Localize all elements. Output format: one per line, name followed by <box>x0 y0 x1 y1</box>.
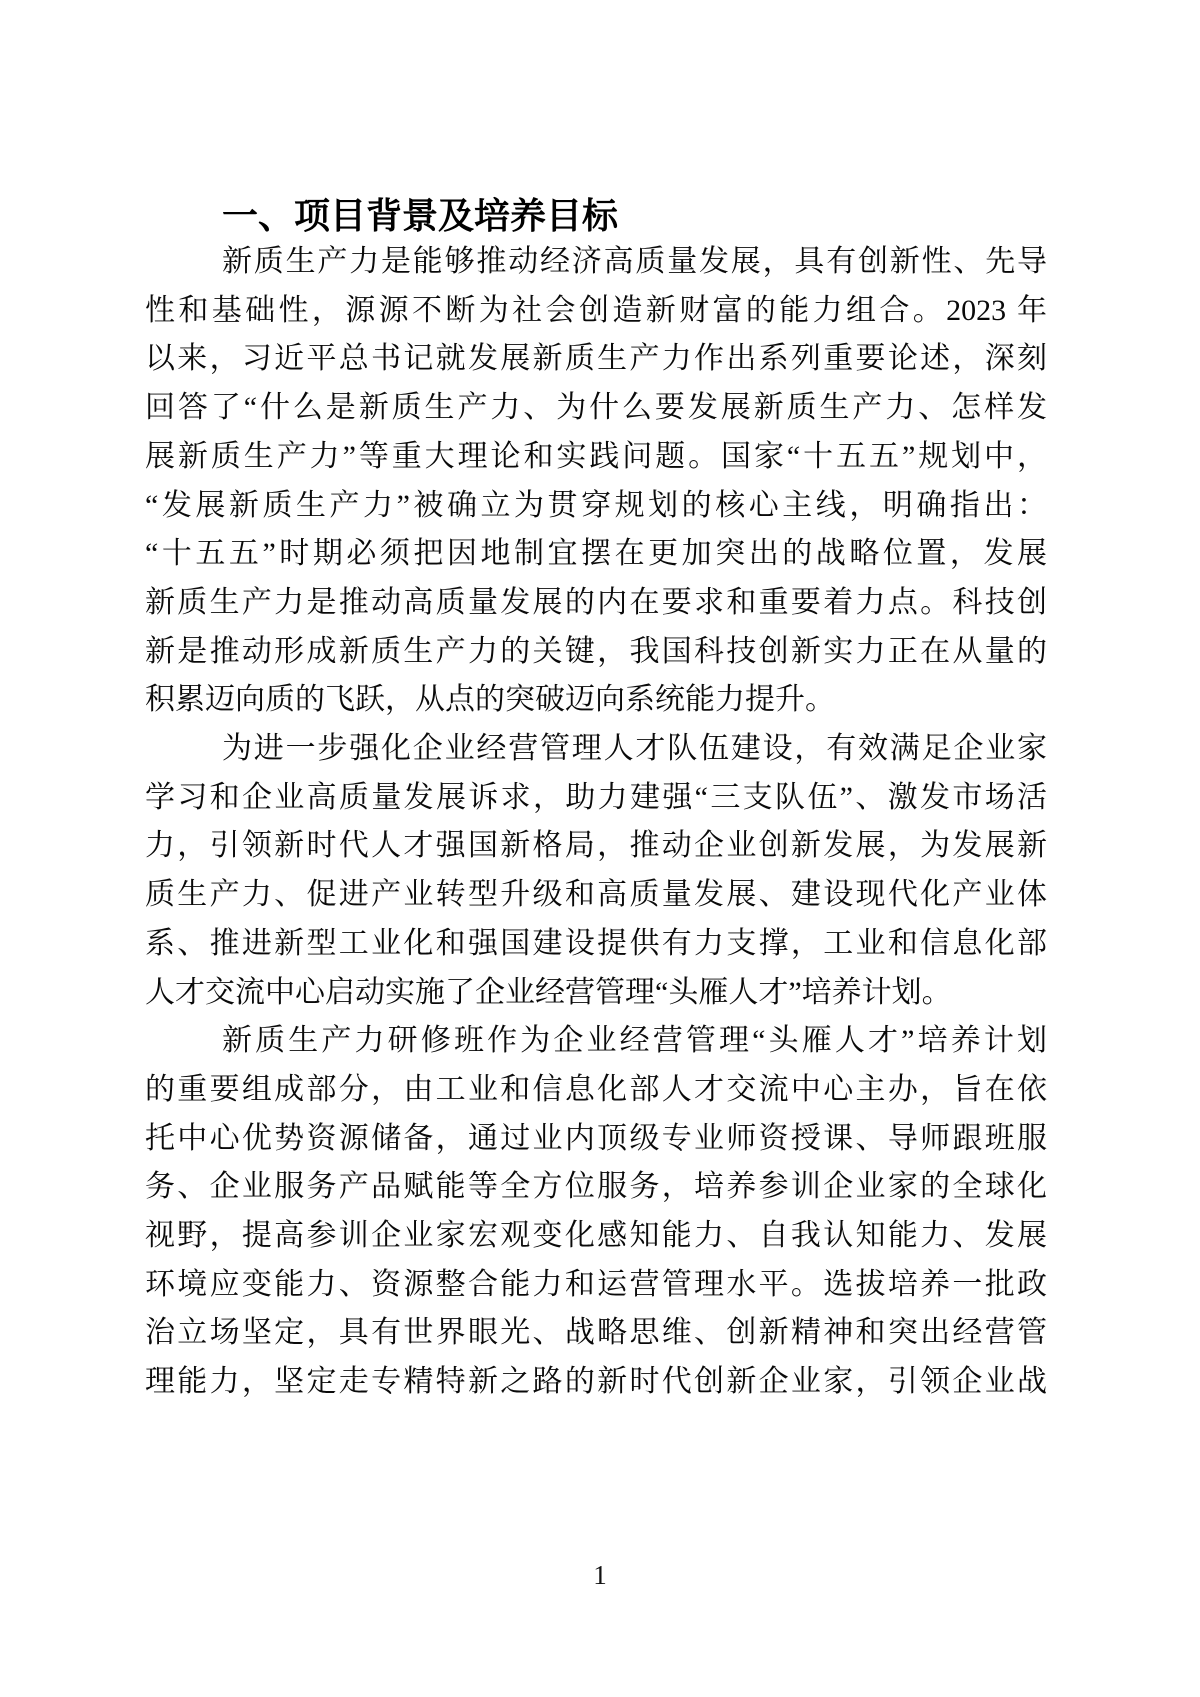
paragraph-project-background: 新质生产力是能够推动经济高质量发展，具有创新性、先导性和基础性，源源不断为社会创… <box>145 238 1047 725</box>
text-line: 系、推进新型工业化和强国建设提供有力支撑，工业和信息化部 <box>145 920 1047 969</box>
text-line: 治立场坚定，具有世界眼光、战略思维、创新精神和突出经营管 <box>145 1309 1047 1358</box>
text-line: 质生产力、促进产业转型升级和高质量发展、建设现代化产业体 <box>145 871 1047 920</box>
text-line: 学习和企业高质量发展诉求，助力建强“三支队伍”、激发市场活 <box>145 774 1047 823</box>
text-line: “发展新质生产力”被确立为贯穿规划的核心主线，明确指出： <box>145 482 1047 531</box>
text-line: 的重要组成部分，由工业和信息化部人才交流中心主办，旨在依 <box>145 1066 1047 1115</box>
page-number: 1 <box>0 1558 1200 1592</box>
text-line: 以来，习近平总书记就发展新质生产力作出系列重要论述，深刻 <box>145 335 1047 384</box>
text-line: 力，引领新时代人才强国新格局，推动企业创新发展，为发展新 <box>145 822 1047 871</box>
paragraph-talent-plan: 为进一步强化企业经营管理人才队伍建设，有效满足企业家学习和企业高质量发展诉求，助… <box>145 725 1047 1017</box>
text-line: 回答了“什么是新质生产力、为什么要发展新质生产力、怎样发 <box>145 384 1047 433</box>
text-line: 新是推动形成新质生产力的关键，我国科技创新实力正在从量的 <box>145 628 1047 677</box>
section-heading: 一、项目背景及培养目标 <box>145 194 1047 238</box>
text-line: 新质生产力研修班作为企业经营管理“头雁人才”培养计划 <box>145 1017 1047 1066</box>
text-line: 新质生产力是能够推动经济高质量发展，具有创新性、先导 <box>145 238 1047 287</box>
text-line: 性和基础性，源源不断为社会创造新财富的能力组合。2023 年 <box>145 287 1047 336</box>
document-page: 一、项目背景及培养目标 新质生产力是能够推动经济高质量发展，具有创新性、先导性和… <box>0 0 1200 1697</box>
text-line: 托中心优势资源储备，通过业内顶级专业师资授课、导师跟班服 <box>145 1115 1047 1164</box>
paragraph-training-class: 新质生产力研修班作为企业经营管理“头雁人才”培养计划的重要组成部分，由工业和信息… <box>145 1017 1047 1407</box>
text-line: 展新质生产力”等重大理论和实践问题。国家“十五五”规划中， <box>145 433 1047 482</box>
text-line: “十五五”时期必须把因地制宜摆在更加突出的战略位置，发展 <box>145 530 1047 579</box>
text-line: 环境应变能力、资源整合能力和运营管理水平。选拔培养一批政 <box>145 1261 1047 1310</box>
text-line: 人才交流中心启动实施了企业经营管理“头雁人才”培养计划。 <box>145 969 1047 1018</box>
document-body: 一、项目背景及培养目标 新质生产力是能够推动经济高质量发展，具有创新性、先导性和… <box>145 194 1047 1407</box>
text-line: 理能力，坚定走专精特新之路的新时代创新企业家，引领企业战 <box>145 1358 1047 1407</box>
text-line: 视野，提高参训企业家宏观变化感知能力、自我认知能力、发展 <box>145 1212 1047 1261</box>
text-line: 积累迈向质的飞跃，从点的突破迈向系统能力提升。 <box>145 676 1047 725</box>
text-line: 为进一步强化企业经营管理人才队伍建设，有效满足企业家 <box>145 725 1047 774</box>
text-line: 新质生产力是推动高质量发展的内在要求和重要着力点。科技创 <box>145 579 1047 628</box>
text-line: 务、企业服务产品赋能等全方位服务，培养参训企业家的全球化 <box>145 1163 1047 1212</box>
